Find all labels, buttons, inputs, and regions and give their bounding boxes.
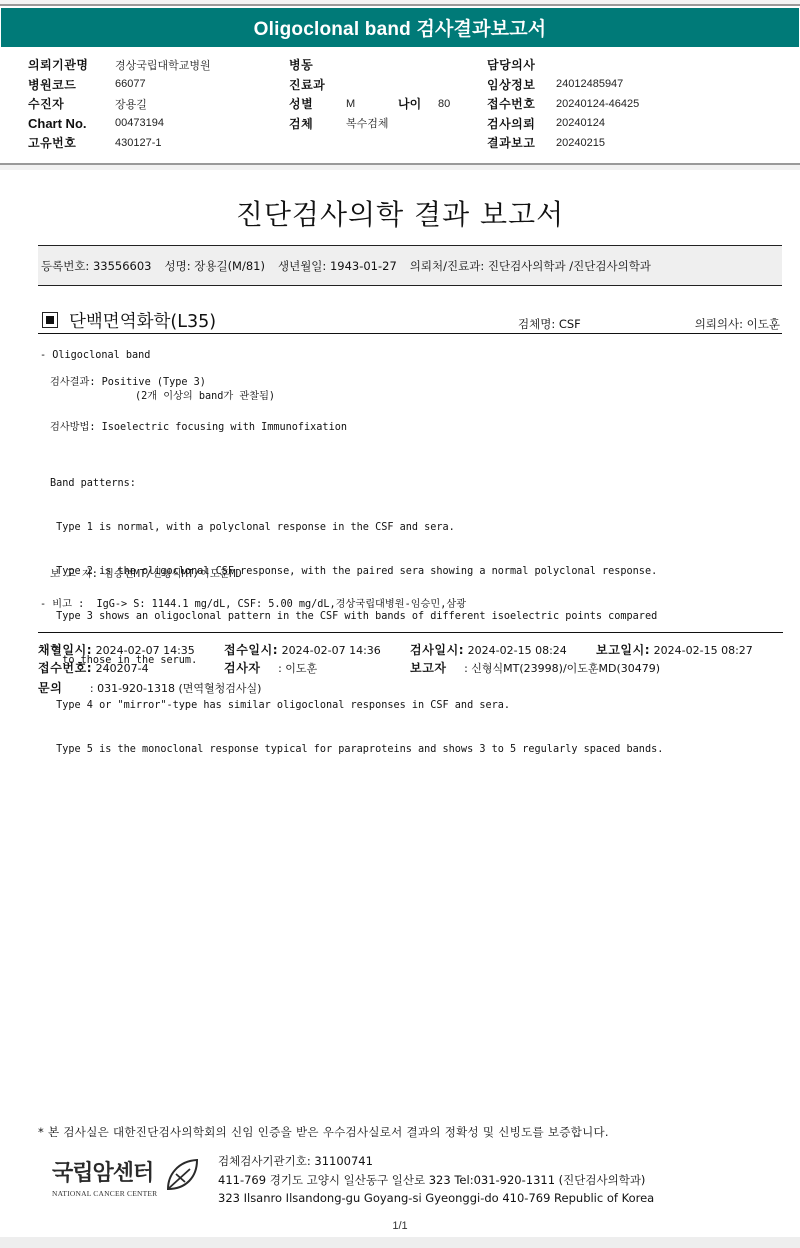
meta-inquiry: 문의 : 031-920-1318 (면역혈청검사실) bbox=[38, 679, 261, 696]
logo-english-text: NATIONAL CANCER CENTER bbox=[52, 1189, 157, 1198]
band-pattern-line: Type 1 is normal, with a polyclonal resp… bbox=[50, 521, 663, 536]
square-bullet-icon bbox=[42, 312, 58, 328]
meta-receipt-no: 접수번호: 240207-4 bbox=[38, 659, 149, 676]
value-institution: 경상국립대학교병원 bbox=[115, 57, 211, 73]
info-row-report-date: 결과보고 20240215 bbox=[487, 133, 639, 153]
label-department: 진료과 bbox=[289, 76, 346, 93]
tester-label: 검사자 bbox=[224, 661, 261, 675]
value-receipt-no: 20240124-46425 bbox=[556, 98, 639, 110]
reporters: 보 고 자: 김승현MT/신형식MT/이도훈MD bbox=[50, 565, 242, 580]
info-row-specimen: 검체 복수검체 bbox=[289, 114, 450, 134]
received-label: 접수일시: bbox=[224, 643, 278, 657]
patient-summary-bar: 등록번호: 33556603 성명: 장용길(M/81) 생년월일: 1943-… bbox=[38, 245, 782, 286]
reporter-value: : 신형식MT(23998)/이도훈MD(30479) bbox=[464, 662, 660, 675]
report-title: 진단검사의학 결과 보고서 bbox=[0, 193, 800, 233]
band-pattern-line: Type 5 is the monoclonal response typica… bbox=[50, 743, 663, 758]
info-row-chart-no: Chart No. 00473194 bbox=[28, 114, 211, 134]
registration-number: 등록번호: 33556603 bbox=[41, 258, 152, 274]
label-clinical-info: 임상정보 bbox=[487, 76, 556, 93]
test-name: - Oligoclonal band bbox=[40, 350, 150, 361]
reported-label: 보고일시: bbox=[596, 643, 650, 657]
collected-label: 채혈일시: bbox=[38, 643, 92, 657]
inquiry-label: 문의 bbox=[38, 681, 62, 695]
value-unique-no: 430127-1 bbox=[115, 137, 162, 149]
info-row-attending: 담당의사 bbox=[487, 55, 639, 75]
header-info-column-1: 의뢰기관명 경상국립대학교병원 병원코드 66077 수진자 장용길 Chart… bbox=[28, 55, 211, 153]
label-ward: 병동 bbox=[289, 56, 346, 73]
meta-divider bbox=[38, 632, 783, 633]
patient-name: 성명: 장용길(M/81) bbox=[165, 258, 265, 274]
received-value: 2024-02-07 14:36 bbox=[282, 644, 381, 657]
band-patterns-heading: Band patterns: bbox=[50, 477, 663, 492]
label-hospital-code: 병원코드 bbox=[28, 76, 115, 93]
header-info-column-2: 병동 진료과 성별 M 나이 80 검체 복수검체 bbox=[289, 55, 450, 133]
national-cancer-center-logo: 국립암센터 NATIONAL CANCER CENTER bbox=[52, 1156, 202, 1202]
tester-value: : 이도훈 bbox=[278, 662, 317, 675]
info-row-ward: 병동 bbox=[289, 55, 450, 75]
section-header: 단백면역화학(L35) 검체명: CSF 의뢰의사: 이도훈 bbox=[38, 308, 782, 334]
info-row-department: 진료과 bbox=[289, 75, 450, 95]
info-row-sex-age: 성별 M 나이 80 bbox=[289, 94, 450, 114]
info-row-receipt-no: 접수번호 20240124-46425 bbox=[487, 94, 639, 114]
band-pattern-line: Type 3 shows an oligoclonal pattern in t… bbox=[50, 610, 663, 625]
label-age: 나이 bbox=[398, 95, 438, 112]
header-info-column-3: 담당의사 임상정보 24012485947 접수번호 20240124-4642… bbox=[487, 55, 639, 153]
meta-tester: 검사자 : 이도훈 bbox=[224, 659, 317, 676]
value-clinical-info: 24012485947 bbox=[556, 78, 623, 90]
info-row-patient: 수진자 장용길 bbox=[28, 94, 211, 114]
value-sex: M bbox=[346, 98, 358, 110]
address-english: 323 Ilsanro Ilsandong-gu Goyang-si Gyeon… bbox=[218, 1191, 654, 1205]
logo-korean-text: 국립암센터 bbox=[52, 1156, 153, 1187]
value-chart-no: 00473194 bbox=[115, 117, 164, 129]
receipt-no-label: 접수번호: bbox=[38, 661, 92, 675]
value-report-date: 20240215 bbox=[556, 137, 605, 149]
report-header-title: Oligoclonal band 검사결과보고서 bbox=[1, 8, 799, 47]
header-separator bbox=[0, 163, 800, 170]
address-korean: 411-769 경기도 고양시 일산동구 일산로 323 Tel:031-920… bbox=[218, 1172, 645, 1188]
bottom-border bbox=[0, 1237, 800, 1248]
label-chart-no: Chart No. bbox=[28, 116, 115, 131]
info-row-institution: 의뢰기관명 경상국립대학교병원 bbox=[28, 55, 211, 75]
info-row-request-date: 검사의뢰 20240124 bbox=[487, 114, 639, 134]
info-row-clinical-info: 임상정보 24012485947 bbox=[487, 75, 639, 95]
band-pattern-line: Type 4 or "mirror"-type has similar olig… bbox=[50, 699, 663, 714]
value-age: 80 bbox=[438, 98, 450, 110]
specimen-name: 검체명: CSF bbox=[518, 316, 581, 332]
value-request-date: 20240124 bbox=[556, 117, 605, 129]
meta-reported: 보고일시: 2024-02-15 08:27 bbox=[596, 641, 753, 658]
label-receipt-no: 접수번호 bbox=[487, 95, 556, 112]
certification-note: * 본 검사실은 대한진단검사의학회의 신임 인증을 받은 우수검사실로서 결과… bbox=[38, 1124, 609, 1140]
info-row-unique-no: 고유번호 430127-1 bbox=[28, 133, 211, 153]
test-result: 검사결과: Positive (Type 3) bbox=[50, 373, 206, 388]
date-of-birth: 생년월일: 1943-01-27 bbox=[278, 258, 397, 274]
label-report-date: 결과보고 bbox=[487, 134, 556, 151]
value-hospital-code: 66077 bbox=[115, 78, 146, 90]
receipt-no-value: 240207-4 bbox=[96, 662, 149, 675]
test-result-note: (2개 이상의 band가 관찰됨) bbox=[135, 387, 275, 402]
label-attending: 담당의사 bbox=[487, 56, 556, 73]
tested-label: 검사일시: bbox=[410, 643, 464, 657]
label-unique-no: 고유번호 bbox=[28, 134, 115, 151]
reporter-label: 보고자 bbox=[410, 661, 447, 675]
label-patient: 수진자 bbox=[28, 95, 115, 112]
page-number: 1/1 bbox=[0, 1220, 800, 1232]
label-sex: 성별 bbox=[289, 95, 346, 112]
institution-code: 검체검사기관기호: 31100741 bbox=[218, 1153, 373, 1169]
requesting-doctor: 의뢰의사: 이도훈 bbox=[695, 316, 780, 332]
section-title: 단백면역화학(L35) bbox=[69, 308, 216, 333]
collected-value: 2024-02-07 14:35 bbox=[96, 644, 195, 657]
remarks: - 비고 : IgG-> S: 1144.1 mg/dL, CSF: 5.00 … bbox=[40, 595, 466, 610]
tested-value: 2024-02-15 08:24 bbox=[468, 644, 567, 657]
meta-reporter: 보고자 : 신형식MT(23998)/이도훈MD(30479) bbox=[410, 659, 660, 676]
reported-value: 2024-02-15 08:27 bbox=[654, 644, 753, 657]
value-patient: 장용길 bbox=[115, 96, 147, 112]
meta-collected: 채혈일시: 2024-02-07 14:35 bbox=[38, 641, 195, 658]
value-specimen: 복수검체 bbox=[346, 115, 389, 131]
info-row-hospital-code: 병원코드 66077 bbox=[28, 75, 211, 95]
requesting-department: 의뢰처/진료과: 진단검사의학과 /진단검사의학과 bbox=[410, 258, 651, 274]
label-institution: 의뢰기관명 bbox=[28, 56, 115, 73]
meta-received: 접수일시: 2024-02-07 14:36 bbox=[224, 641, 381, 658]
leaf-icon bbox=[164, 1157, 200, 1193]
top-border bbox=[0, 0, 800, 6]
label-request-date: 검사의뢰 bbox=[487, 115, 556, 132]
test-method: 검사방법: Isoelectric focusing with Immunofi… bbox=[50, 418, 347, 433]
label-specimen: 검체 bbox=[289, 115, 346, 132]
inquiry-value: : 031-920-1318 (면역혈청검사실) bbox=[90, 682, 262, 695]
meta-tested: 검사일시: 2024-02-15 08:24 bbox=[410, 641, 567, 658]
